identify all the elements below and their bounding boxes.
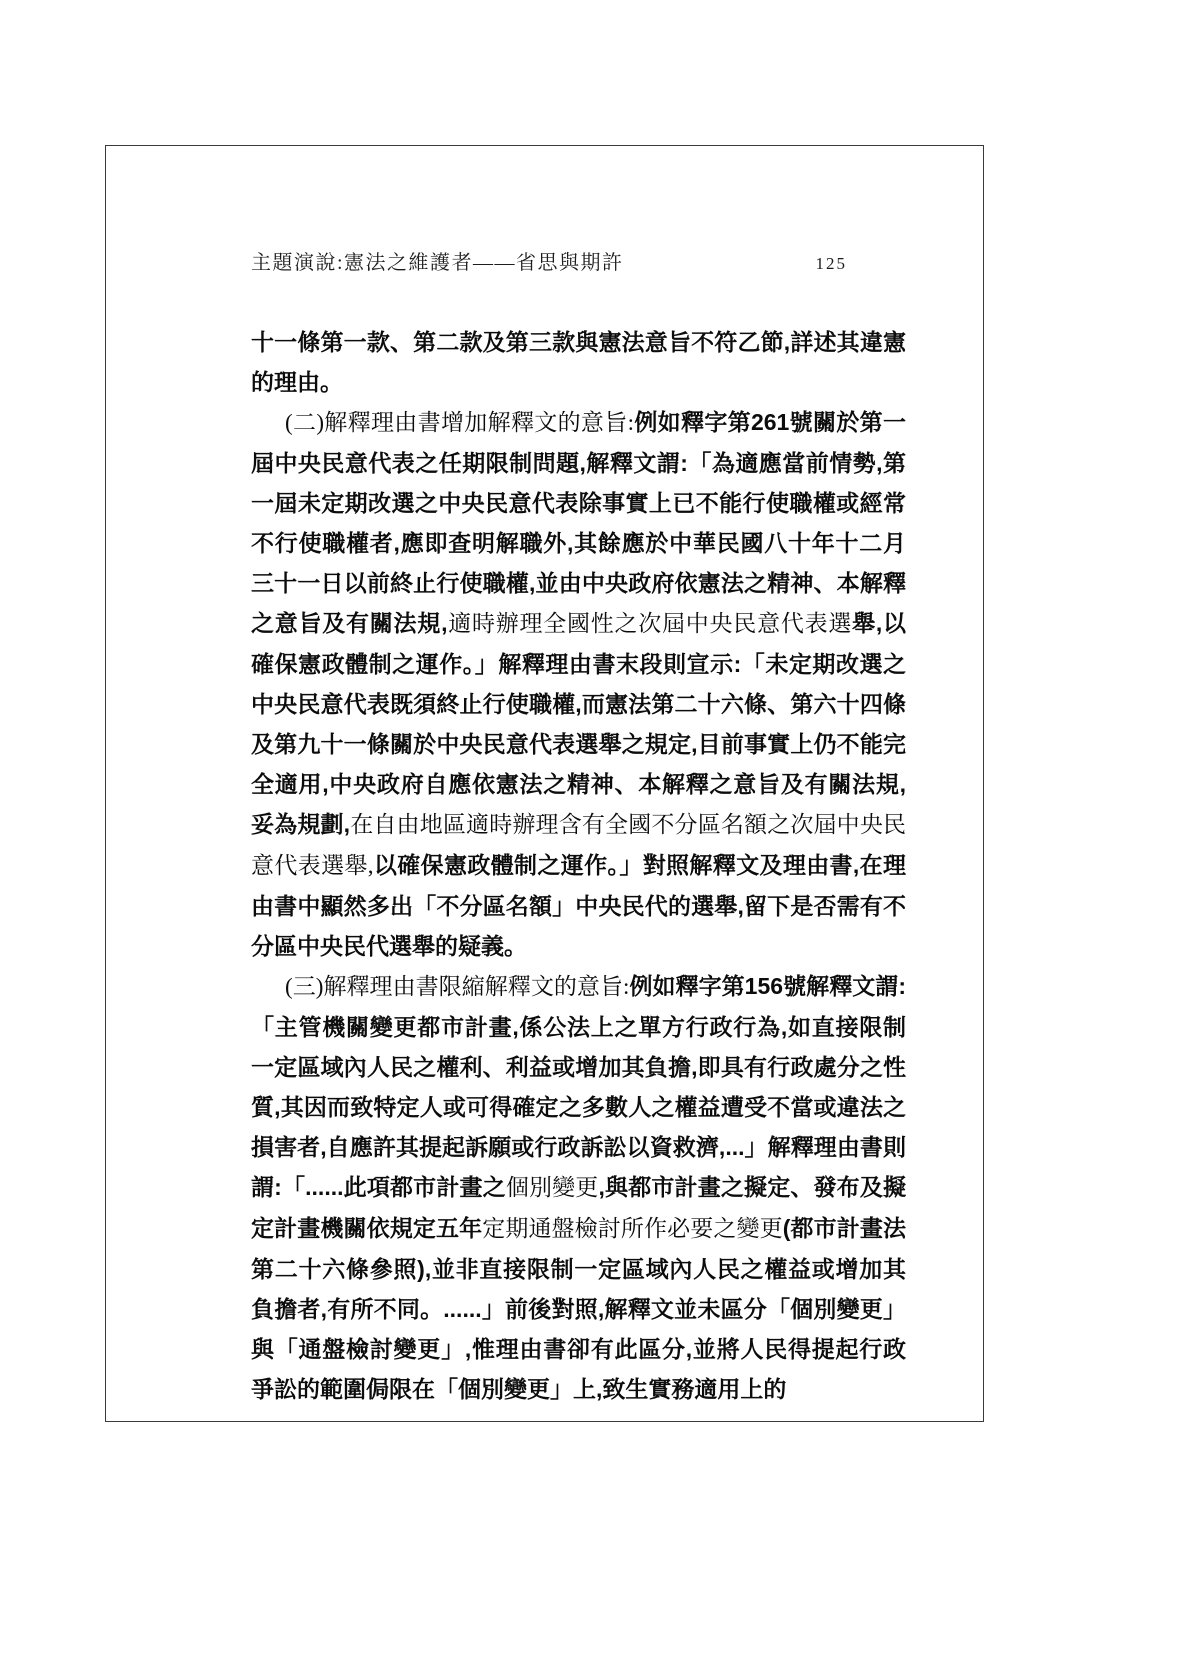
text-segment-sans: 十一條第一款、第二款及第三款與憲法意旨不符乙節,詳述其違憲的理由。 (251, 329, 906, 395)
page-number: 125 (816, 254, 848, 274)
running-header: 主題演說:憲法之維護者——省思與期許 125 (251, 246, 905, 275)
text-segment-sans: (都市計畫法第二十六條參照),並非直接限制一定區域內人民之權益或增加其負擔者,有… (251, 1215, 906, 1402)
body-paragraph: 十一條第一款、第二款及第三款與憲法意旨不符乙節,詳述其違憲的理由。 (251, 322, 906, 402)
page-frame: 主題演說:憲法之維護者——省思與期許 125 十一條第一款、第二款及第三款與憲法… (105, 145, 984, 1422)
page-title: 主題演說:憲法之維護者——省思與期許 (251, 246, 624, 275)
body-paragraph: (二)解釋理由書增加解釋文的意旨:例如釋字第261號關於第一屆中央民意代表之任期… (251, 402, 906, 966)
body-text: 十一條第一款、第二款及第三款與憲法意旨不符乙節,詳述其違憲的理由。(二)解釋理由… (251, 322, 906, 1409)
text-segment-kai: (三)解釋理由書限縮解釋文的意旨: (285, 974, 629, 999)
body-paragraph: (三)解釋理由書限縮解釋文的意旨:例如釋字第156號解釋文謂:「主管機關變更都市… (251, 966, 906, 1409)
text-segment-kai: (二)解釋理由書增加解釋文的意旨: (285, 410, 634, 435)
text-segment-sans: 例如釋字第156號解釋文謂:「主管機關變更都市計畫,係公法上之單方行政行為,如直… (251, 973, 906, 1200)
text-segment-sans: 舉,以確保憲政體制之運作。」解釋理由書末段則宣示:「未定期改選之中央民意代表既須… (251, 610, 906, 837)
page-content: 主題演說:憲法之維護者——省思與期許 125 十一條第一款、第二款及第三款與憲法… (106, 146, 983, 1409)
text-segment-sans: 例如釋字第261號關於第一屆中央民意代表之任期限制問題,解釋文謂:「為適應當前情… (251, 409, 906, 636)
text-segment-kai: 定期通盤檢討所作必要之變更 (482, 1216, 783, 1241)
text-segment-kai: 個別變更 (506, 1175, 599, 1200)
text-segment-kai: 適時辦理全國性之次屆中央民意代表選 (447, 611, 852, 636)
